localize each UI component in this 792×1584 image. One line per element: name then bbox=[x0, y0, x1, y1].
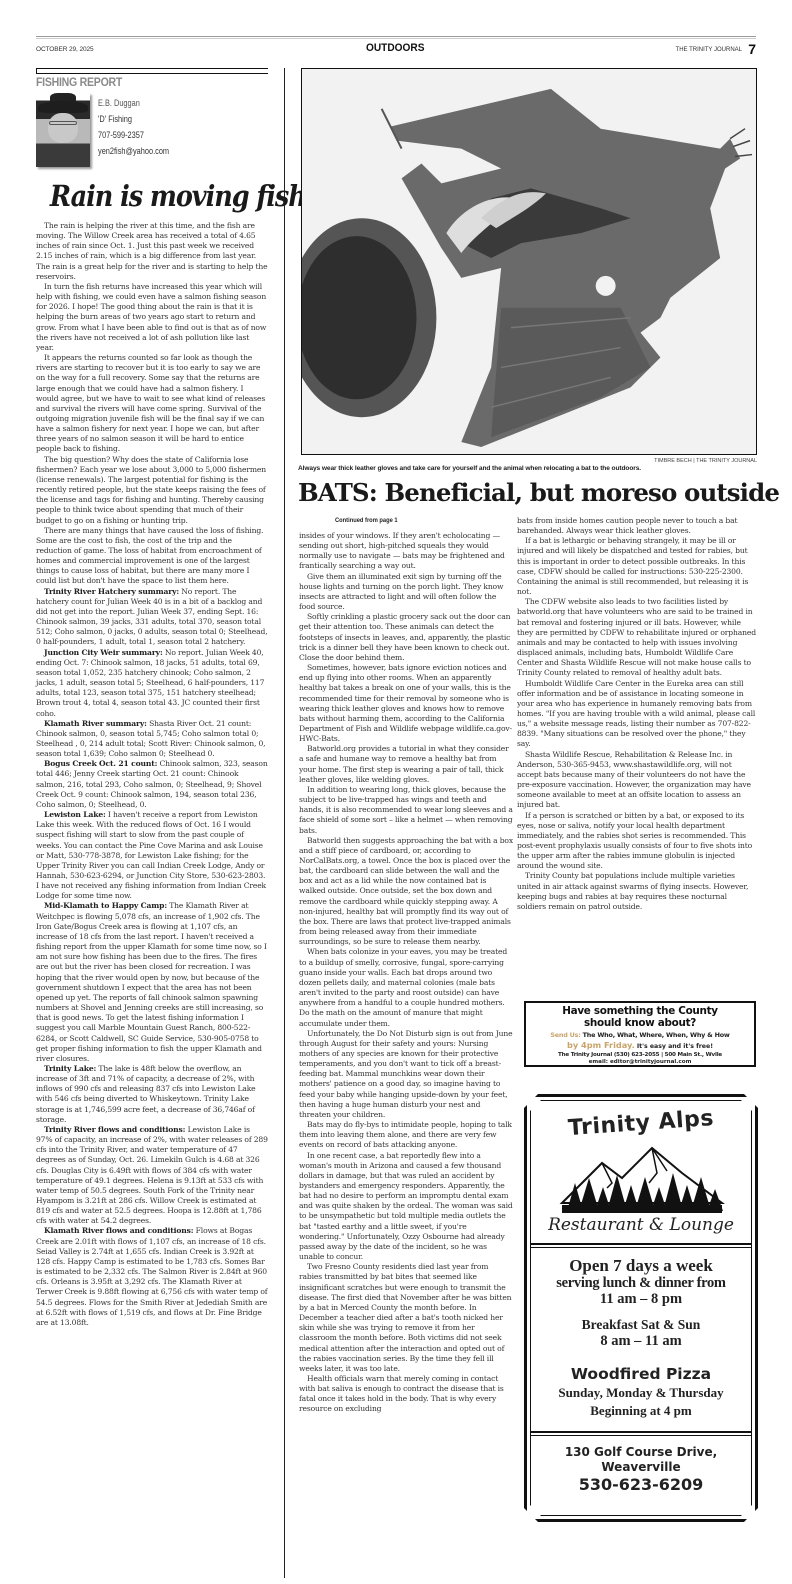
article-paragraph: Lewiston Lake: I haven't receive a repor… bbox=[36, 810, 268, 901]
promo-question: Have something the County should know ab… bbox=[526, 1005, 754, 1029]
news-tip-promo: Have something the County should know ab… bbox=[524, 1001, 756, 1067]
author-photo bbox=[36, 93, 90, 167]
headline-rest: Beneficial, but moreso outside bbox=[377, 478, 779, 507]
bats-headline: BATS: Beneficial, but moreso outside bbox=[298, 478, 760, 507]
author-info: E.B. Duggan 'D' Fishing 707-599-2357 yen… bbox=[98, 95, 169, 159]
jump-line[interactable]: Continued from page 1 bbox=[335, 517, 398, 524]
article-paragraph: Give them an illuminated exit sign by tu… bbox=[299, 572, 513, 613]
article-paragraph: Trinity County bat populations include m… bbox=[517, 871, 757, 912]
article-paragraph: Unfortunately, the Do Not Disturb sign i… bbox=[299, 1029, 513, 1120]
article-paragraph: Trinity River Hatchery summary: No repor… bbox=[36, 587, 268, 648]
article-paragraph: Klamath River summary: Shasta River Oct.… bbox=[36, 719, 268, 760]
page-folio: OCTOBER 29, 2025 OUTDOORS THE TRINITY JO… bbox=[36, 42, 756, 58]
promo-send-line: Send Us: The Who, What, Where, When, Why… bbox=[526, 1031, 754, 1039]
article-paragraph: Mid-Klamath to Happy Camp: The Klamath R… bbox=[36, 901, 268, 1064]
bat-photo bbox=[301, 68, 757, 455]
ad-pizza: Woodfired Pizza Sunday, Monday & Thursda… bbox=[527, 1365, 755, 1419]
ad-divider bbox=[530, 1243, 752, 1248]
article-paragraph: Klamath River flows and conditions: Flow… bbox=[36, 1226, 268, 1328]
article-paragraph: Trinity River flows and conditions: Lewi… bbox=[36, 1125, 268, 1227]
article-paragraph: When bats colonize in your eaves, you ma… bbox=[299, 947, 513, 1028]
ad-subbrand: Restaurant & Lounge bbox=[527, 1215, 755, 1235]
promo-email[interactable]: email: editor@trinityjournal.com bbox=[526, 1059, 754, 1065]
column-kicker: FISHING REPORT bbox=[36, 75, 240, 89]
subhead-lead: Trinity River Hatchery summary: bbox=[44, 587, 179, 596]
photo-credit: TIMBRE BECH | THE TRINITY JOURNAL bbox=[654, 458, 757, 464]
author-phone: 707-599-2357 bbox=[98, 127, 169, 143]
trinity-alps-ad[interactable]: Trinity Alps Restaurant & Lounge Open 7 … bbox=[524, 1094, 758, 1522]
fishing-headline: Rain is moving fish bbox=[50, 179, 254, 213]
article-paragraph: Batworld.org provides a tutorial in what… bbox=[299, 744, 513, 785]
article-paragraph: There are many things that have caused t… bbox=[36, 526, 268, 587]
subhead-lead: Trinity River flows and conditions: bbox=[44, 1125, 185, 1134]
article-paragraph: Humboldt Wildlife Care Center in the Eur… bbox=[517, 679, 757, 750]
article-paragraph: In one recent case, a bat reportedly fle… bbox=[299, 1151, 513, 1263]
article-paragraph: Bogus Creek Oct. 21 count: Chinook salmo… bbox=[36, 759, 268, 810]
page-number: 7 bbox=[748, 41, 756, 57]
ad-divider bbox=[530, 1431, 752, 1436]
byline: E.B. Duggan 'D' Fishing 707-599-2357 yen… bbox=[36, 93, 268, 155]
subhead-lead: Lewiston Lake: bbox=[44, 810, 106, 819]
article-paragraph: If a person is scratched or bitten by a … bbox=[517, 811, 757, 872]
article-paragraph: The CDFW website also leads to two facil… bbox=[517, 597, 757, 678]
column-divider bbox=[284, 68, 285, 1578]
fishing-report-column: FISHING REPORT E.B. Duggan 'D' Fishing 7… bbox=[36, 68, 268, 1328]
subhead-lead: Junction City Weir summary: bbox=[44, 648, 163, 657]
issue-date: OCTOBER 29, 2025 bbox=[36, 46, 94, 53]
kicker-rule bbox=[36, 68, 268, 74]
promo-contact: The Trinity Journal (530) 623-2055 | 500… bbox=[526, 1052, 754, 1058]
article-paragraph: Junction City Weir summary: No report. J… bbox=[36, 648, 268, 719]
mountains-trees-icon bbox=[557, 1143, 727, 1213]
article-paragraph: insides of your windows. If they aren't … bbox=[299, 531, 513, 572]
article-paragraph: If a bat is lethargic or behaving strang… bbox=[517, 536, 757, 597]
article-paragraph: Two Fresno County residents died last ye… bbox=[299, 1262, 513, 1374]
paper-name: THE TRINITY JOURNAL bbox=[676, 47, 742, 53]
promo-deadline-line: by 4pm Friday. It's easy and it's free! bbox=[526, 1040, 754, 1050]
bat-illustration-icon bbox=[302, 69, 756, 454]
article-paragraph: In addition to wearing long, thick glove… bbox=[299, 785, 513, 836]
subhead-lead: Bogus Creek Oct. 21 count: bbox=[44, 759, 157, 768]
subhead-lead: Klamath River summary: bbox=[44, 719, 147, 728]
bats-article-column-1: insides of your windows. If they aren't … bbox=[299, 531, 513, 1415]
headline-bold: BATS: bbox=[298, 478, 377, 507]
article-paragraph: bats from inside homes caution people ne… bbox=[517, 516, 757, 536]
subhead-lead: Trinity Lake: bbox=[44, 1064, 96, 1073]
ad-address: 130 Golf Course Drive, Weaverville 530-6… bbox=[527, 1445, 755, 1495]
column-name: 'D' Fishing bbox=[98, 111, 169, 127]
top-rule bbox=[36, 36, 756, 39]
article-paragraph: The big question? Why does the state of … bbox=[36, 455, 268, 526]
article-paragraph: Bats may do fly-bys to intimidate people… bbox=[299, 1120, 513, 1150]
author-name: E.B. Duggan bbox=[98, 95, 169, 111]
subhead-lead: Klamath River flows and conditions: bbox=[44, 1226, 193, 1235]
section-title: OUTDOORS bbox=[366, 42, 424, 54]
article-paragraph: Trinity Lake: The lake is 48ft below the… bbox=[36, 1064, 268, 1125]
article-paragraph: Batworld then suggests approaching the b… bbox=[299, 836, 513, 948]
ad-phone[interactable]: 530-623-6209 bbox=[527, 1475, 755, 1495]
ad-hours: Open 7 days a week serving lunch & dinne… bbox=[527, 1257, 755, 1349]
article-paragraph: Sometimes, however, bats ignore eviction… bbox=[299, 663, 513, 744]
article-paragraph: Softly crinkling a plastic grocery sack … bbox=[299, 612, 513, 663]
photo-caption: Always wear thick leather gloves and tak… bbox=[298, 465, 641, 472]
article-paragraph: Health officials warn that merely coming… bbox=[299, 1374, 513, 1415]
fishing-article-body: The rain is helping the river at this ti… bbox=[36, 221, 268, 1328]
article-paragraph: It appears the returns counted so far lo… bbox=[36, 353, 268, 455]
author-email[interactable]: yen2fish@yahoo.com bbox=[98, 143, 169, 159]
subhead-lead: Mid-Klamath to Happy Camp: bbox=[44, 901, 167, 910]
bats-article-column-2: bats from inside homes caution people ne… bbox=[517, 516, 757, 912]
article-paragraph: In turn the fish returns have increased … bbox=[36, 282, 268, 353]
article-paragraph: The rain is helping the river at this ti… bbox=[36, 221, 268, 282]
article-paragraph: Shasta Wildlife Rescue, Rehabilitation &… bbox=[517, 750, 757, 811]
